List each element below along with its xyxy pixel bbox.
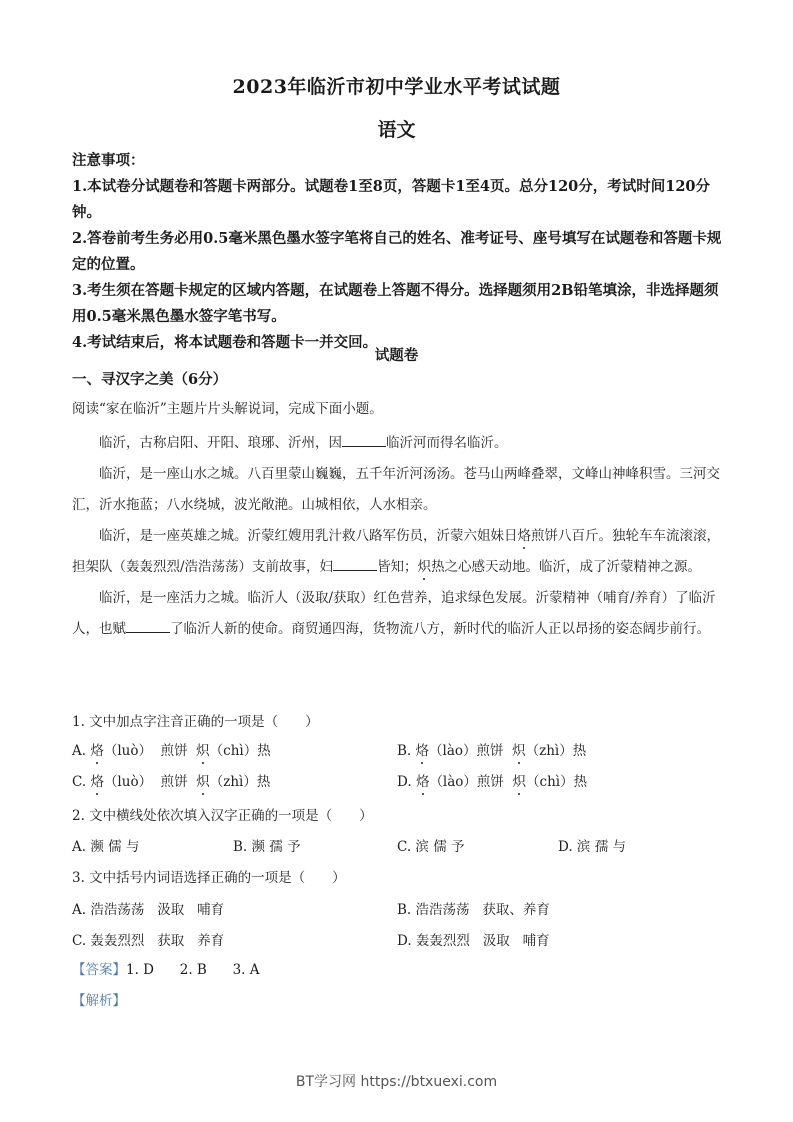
- notes-section: 注意事项： 1.本试卷分试题卷和答题卡两部分。试题卷1至8页，答题卡1至4页。总…: [72, 148, 722, 356]
- reading-intro: 阅读“家在临沂”主题片片头解说词，完成下面小题。: [72, 397, 383, 417]
- passage-text: 临沂河而得名临沂。: [386, 435, 508, 451]
- fill-blank: [126, 618, 170, 633]
- question-1-stem: 1. 文中加点字注音正确的一项是（ ）: [72, 710, 319, 730]
- question-2-option-b: B. 濒 孺 予: [233, 835, 301, 855]
- passage-text: 皆知；: [377, 559, 418, 575]
- analysis-line: 【解析】: [72, 989, 126, 1009]
- question-1-option-a: A. 烙（luò） 煎饼 炽（chì）热: [72, 739, 271, 759]
- reading-passage: 临沂，古称启阳、开阳、琅琊、沂州，因临沂河而得名临沂。 临沂，是一座山水之城。八…: [72, 428, 722, 645]
- option-text: （chì）热: [210, 743, 271, 759]
- footer-watermark: BT学习网 https://btxuexi.com: [0, 1071, 793, 1091]
- dotted-character: 炽: [418, 559, 432, 575]
- dotted-character: 烙: [416, 774, 430, 790]
- answer-values: 1. D 2. B 3. A: [126, 962, 260, 978]
- question-3-option-b: B. 浩浩荡荡 获取、养育: [397, 898, 550, 918]
- option-text: （lào）煎饼: [429, 774, 512, 790]
- question-1-option-b: B. 烙（lào）煎饼 炽（zhì）热: [397, 739, 586, 759]
- subject-title: 语文: [0, 115, 793, 142]
- dotted-character: 炽: [513, 774, 527, 790]
- exam-title: 2023年临沂市初中学业水平考试试题: [0, 72, 793, 99]
- option-text: （luò） 煎饼: [104, 743, 196, 759]
- question-2-option-c: C. 滨 儒 予: [397, 835, 465, 855]
- dotted-character: 烙: [416, 743, 430, 759]
- dotted-character: 烙: [90, 743, 104, 759]
- question-1-option-d: D. 烙（lào）煎饼 炽（chì）热: [397, 770, 587, 790]
- option-text: （lào）煎饼: [429, 743, 512, 759]
- passage-paragraph: 临沂，是一座山水之城。八百里蒙山巍巍，五千年沂河汤汤。苍马山两峰叠翠，文峰山神峰…: [72, 459, 722, 521]
- dotted-character: 烙: [518, 528, 532, 544]
- note-item: 1.本试卷分试题卷和答题卡两部分。试题卷1至8页，答题卡1至4页。总分120分，…: [72, 174, 722, 226]
- option-text: B.: [397, 743, 416, 759]
- answer-line: 【答案】1. D 2. B 3. A: [72, 958, 260, 978]
- question-3-option-d: D. 轰轰烈烈 汲取 哺育: [397, 929, 550, 949]
- exam-page: 2023年临沂市初中学业水平考试试题 语文 注意事项： 1.本试卷分试题卷和答题…: [0, 0, 793, 1122]
- dotted-character: 炽: [196, 743, 210, 759]
- passage-paragraph: 临沂，是一座活力之城。临沂人（汲取/获取）红色营养，追求绿色发展。沂蒙精神（哺育…: [72, 583, 722, 645]
- passage-text: 了临沂人新的使命。商贸通四海，货物流八方，新时代的临沂人正以昂扬的姿态阔步前行。: [170, 621, 710, 637]
- question-2-option-a: A. 濒 儒 与: [72, 835, 139, 855]
- option-text: D.: [397, 774, 416, 790]
- passage-text: 临沂，古称启阳、开阳、琅琊、沂州，因: [99, 435, 342, 451]
- question-3-option-a: A. 浩浩荡荡 汲取 哺育: [72, 898, 224, 918]
- question-2-option-d: D. 滨 孺 与: [558, 835, 626, 855]
- option-text: （luò） 煎饼: [104, 774, 196, 790]
- notes-heading: 注意事项：: [72, 148, 722, 174]
- option-text: （zhì）热: [526, 743, 587, 759]
- question-2-stem: 2. 文中横线处依次填入汉字正确的一项是（ ）: [72, 804, 373, 824]
- question-3-option-c: C. 轰轰烈烈 获取 养育: [72, 929, 224, 949]
- question-3-stem: 3. 文中括号内词语选择正确的一项是（ ）: [72, 866, 346, 886]
- answer-label: 【答案】: [72, 962, 126, 978]
- dotted-character: 炽: [512, 743, 526, 759]
- passage-text: 热之心感天动地。临沂，成了沂蒙精神之源。: [431, 559, 701, 575]
- part-title: 一、寻汉字之美（6分）: [72, 368, 227, 389]
- section-title: 试题卷: [0, 344, 793, 365]
- option-text: C.: [72, 774, 90, 790]
- note-item: 3.考生须在答题卡规定的区域内答题，在试题卷上答题不得分。选择题须用2B铅笔填涂…: [72, 278, 722, 330]
- note-item: 2.答卷前考生务必用0.5毫米黑色墨水签字笔将自己的姓名、准考证号、座号填写在试…: [72, 226, 722, 278]
- option-text: A.: [72, 743, 90, 759]
- fill-blank: [333, 556, 377, 571]
- passage-paragraph: 临沂，古称启阳、开阳、琅琊、沂州，因临沂河而得名临沂。: [72, 428, 722, 459]
- question-1-option-c: C. 烙（luò） 煎饼 炽（zhì）热: [72, 770, 270, 790]
- dotted-character: 炽: [196, 774, 210, 790]
- option-text: （zhì）热: [210, 774, 271, 790]
- fill-blank: [342, 432, 386, 447]
- dotted-character: 烙: [90, 774, 104, 790]
- passage-paragraph: 临沂，是一座英雄之城。沂蒙红嫂用乳汁救八路军伤员，沂蒙六姐妹日烙煎饼八百斤。独轮…: [72, 521, 722, 583]
- option-text: （chì）热: [526, 774, 587, 790]
- passage-text: 临沂，是一座英雄之城。沂蒙红嫂用乳汁救八路军伤员，沂蒙六姐妹日: [99, 528, 518, 544]
- analysis-label: 【解析】: [72, 993, 126, 1009]
